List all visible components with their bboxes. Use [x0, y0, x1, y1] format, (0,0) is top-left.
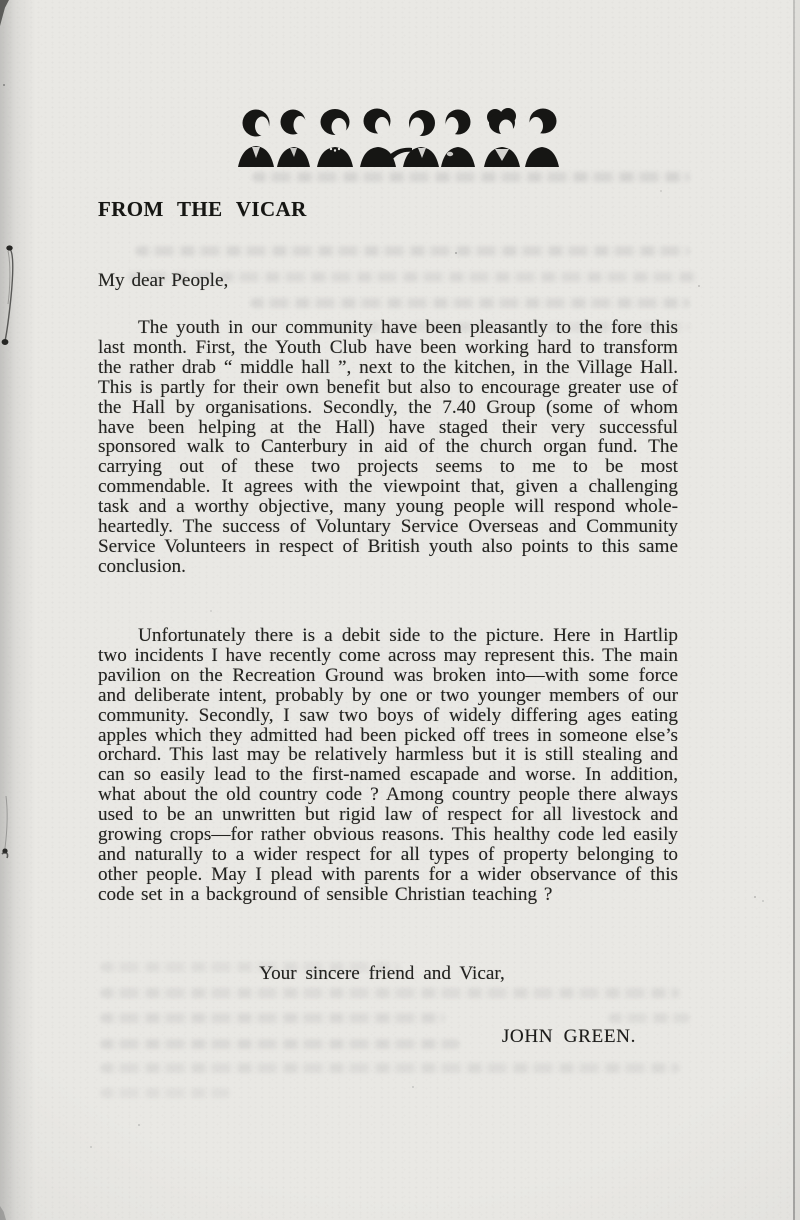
- salutation: My dear People,: [98, 270, 228, 292]
- bleed-through-line: [100, 988, 680, 998]
- bleed-through-line: [100, 1013, 445, 1023]
- page-right-edge-line: [793, 0, 795, 1220]
- letter-paragraph: The youth in our community have been ple…: [98, 318, 678, 577]
- signature: JOHN GREEN.: [98, 1026, 678, 1048]
- scanned-magazine-page: FROM THE VICAR My dear People, The youth…: [0, 0, 800, 1220]
- letter-paragraph: Unfortunately there is a debit side to t…: [98, 626, 678, 905]
- bleed-through-line: [100, 1063, 680, 1073]
- page-title: FROM THE VICAR: [98, 197, 307, 222]
- closing-line: Your sincere friend and Vicar,: [92, 963, 672, 985]
- page-right-edge: [795, 0, 800, 1220]
- people-chatting-illustration: [236, 103, 562, 167]
- bleed-through-line: [608, 1013, 690, 1023]
- bleed-through-line: [250, 298, 690, 308]
- page-left-edge-shadow: [0, 0, 36, 1220]
- bleed-through-line: [100, 1088, 230, 1098]
- bleed-through-line: [135, 246, 690, 256]
- bleed-through-line: [252, 172, 690, 182]
